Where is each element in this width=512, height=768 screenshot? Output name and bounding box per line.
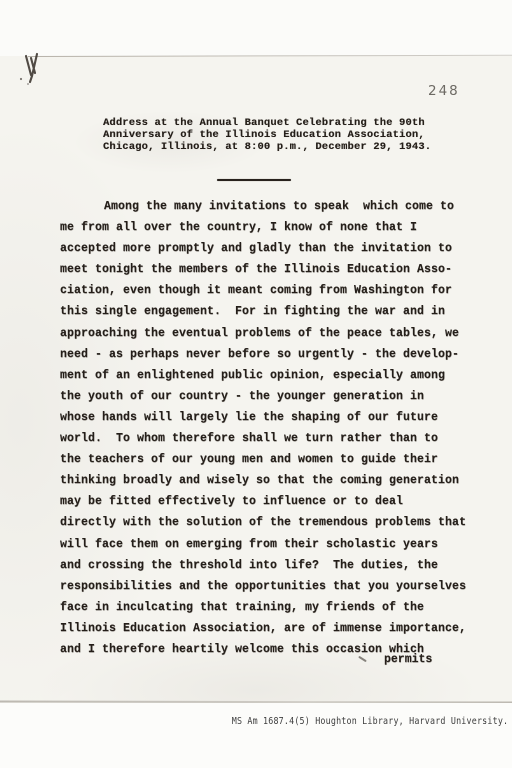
typescript-line: world. To whom therefore shall we turn r… — [60, 428, 480, 449]
typescript-line: responsibilities and the opportunities t… — [60, 576, 480, 597]
typescript-line: the youth of our country - the younger g… — [60, 386, 480, 407]
typescript-line: whose hands will largely lie the shaping… — [60, 407, 480, 428]
typescript-line: need - as perhaps never before so urgent… — [60, 344, 480, 365]
typescript-line: directly with the solution of the tremen… — [60, 512, 480, 533]
scanned-typescript-page: 248 Address at the Annual Banquet Celebr… — [0, 0, 512, 768]
heading-line: Chicago, Illinois, at 8:00 p.m., Decembe… — [103, 142, 431, 154]
typescript-line: ciation, even though it meant coming fro… — [60, 280, 480, 301]
document-heading: Address at the Annual Banquet Celebratin… — [103, 118, 431, 153]
scan-background-bottom — [0, 703, 512, 768]
typescript-line: accepted more promptly and gladly than t… — [60, 238, 480, 259]
typescript-line: and crossing the threshold into life? Th… — [60, 555, 480, 576]
handwritten-mark — [16, 48, 52, 88]
typescript-line: will face them on emerging from their sc… — [60, 534, 480, 555]
typescript-line: the teachers of our young men and women … — [60, 449, 480, 470]
typescript-line: me from all over the country, I know of … — [60, 217, 480, 238]
archive-caption: MS Am 1687.4(5) Houghton Library, Harvar… — [231, 716, 508, 727]
heading-line: Anniversary of the Illinois Education As… — [103, 130, 431, 142]
typescript-line: face in inculcating that training, my fr… — [60, 597, 480, 618]
typescript-line: this single engagement. For in fighting … — [60, 301, 480, 322]
separator-rule — [217, 179, 291, 181]
typescript-line: meet tonight the members of the Illinois… — [60, 259, 480, 280]
typescript-line: Among the many invitations to speak whic… — [60, 196, 480, 217]
typescript-line: Illinois Education Association, are of i… — [60, 618, 480, 639]
typescript-line: ment of an enlightened public opinion, e… — [60, 365, 480, 386]
catchword: permits — [384, 653, 432, 666]
typescript-body: Among the many invitations to speak whic… — [60, 196, 480, 660]
scan-background-top — [0, 0, 512, 56]
typescript-line: thinking broadly and wisely so that the … — [60, 470, 480, 491]
page-top-edge — [28, 55, 512, 57]
page-number: 248 — [428, 83, 460, 99]
typescript-line: approaching the eventual problems of the… — [60, 323, 480, 344]
typescript-line: may be fitted effectively to influence o… — [60, 491, 480, 512]
